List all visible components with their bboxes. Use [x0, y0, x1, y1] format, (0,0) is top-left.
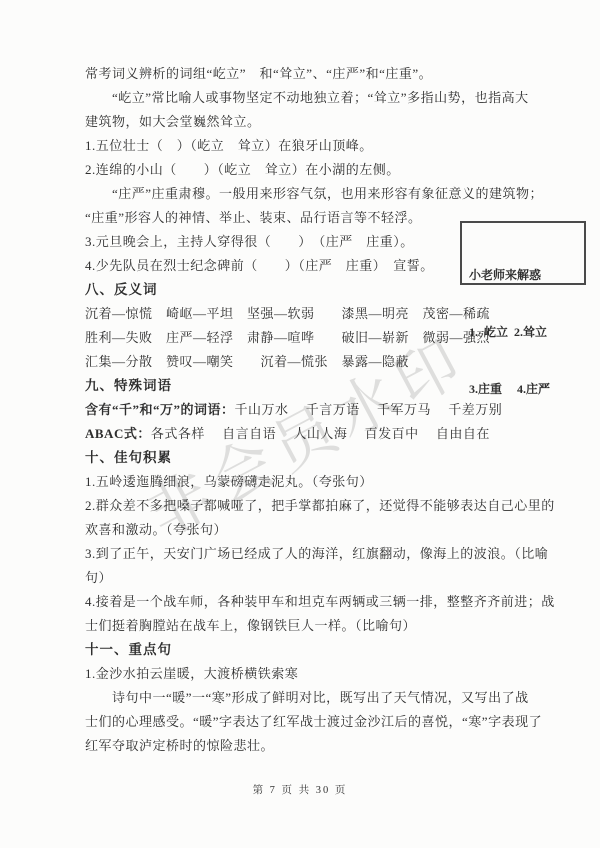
exercise-2: 2.连绵的小山（ ）（屹立 耸立）在小湖的左侧。 [85, 158, 519, 182]
sentence-4-line2: 士们挺着胸膛站在战车上，像钢铁巨人一样。（比喻句） [85, 614, 519, 638]
antonym-row-2: 胜利—失败 庄严—轻浮 肃静—喧哗 破旧—崭新 微弱—强烈 [85, 326, 519, 350]
sentence-2-line2: 欢喜和激动。（夸张句） [85, 518, 519, 542]
helper-box-answers-row2: 3.庄重 4.庄严 [469, 380, 577, 399]
helper-box-title: 小老师来解惑 [469, 266, 577, 285]
zhuangzhong-definition: “庄重”形容人的神情、举止、装束、品行语言等不轻浮。 [85, 206, 519, 230]
document-page: 非会员水印 常考词义辨析的词组“屹立” 和“耸立”、“庄严”和“庄重”。 “屹立… [0, 0, 600, 848]
section-heading-special-words: 九、特殊词语 [85, 374, 519, 398]
section-heading-sentences: 十、佳句积累 [85, 446, 519, 470]
key-analysis-line1: 诗句中一“暖”一“寒”形成了鲜明对比，既写出了天气情况，又写出了战 [85, 686, 519, 710]
qianwan-label: 含有“千”和“万”的词语： [85, 402, 235, 417]
document-body: 常考词义辨析的词组“屹立” 和“耸立”、“庄严”和“庄重”。 “屹立”常比喻人或… [85, 62, 519, 758]
qianwan-words-line: 含有“千”和“万”的词语：千山万水 千言万语 千军万马 千差万别 [85, 398, 519, 422]
abac-words-line: ABAC式：各式各样 自言自语 人山人海 百发百中 自由自在 [85, 422, 519, 446]
qianwan-words: 千山万水 千言万语 千军万马 千差万别 [235, 402, 503, 417]
yili-definition-line1: “屹立”常比喻人或事物坚定不动地独立着；“耸立”多指山势，也指高大 [85, 86, 519, 110]
antonym-row-3: 汇集—分散 赞叹—嘲笑 沉着—慌张 暴露—隐蔽 [85, 350, 519, 374]
exercise-1: 1.五位壮士（ ）（屹立 耸立）在狼牙山顶峰。 [85, 134, 519, 158]
zhuangyan-definition: “庄严”庄重肃穆。一般用来形容气氛，也用来形容有象征意义的建筑物； [85, 182, 519, 206]
sentence-3-line2: 句） [85, 566, 519, 590]
key-analysis-line3: 红军夺取泸定桥时的惊险悲壮。 [85, 734, 519, 758]
sentence-3-line1: 3.到了正午，天安门广场已经成了人的海洋，红旗翻动，像海上的波浪。（比喻 [85, 542, 519, 566]
section-heading-antonyms: 八、反义词 [85, 278, 519, 302]
exercise-4: 4.少先队员在烈士纪念碑前（ ）（庄严 庄重） 宣誓。 [85, 254, 519, 278]
intro-line: 常考词义辨析的词组“屹立” 和“耸立”、“庄严”和“庄重”。 [85, 62, 519, 86]
abac-words: 各式各样 自言自语 人山人海 百发百中 自由自在 [151, 426, 490, 441]
helper-answer-box: 小老师来解惑 1. 屹立 2.耸立 3.庄重 4.庄严 [460, 221, 586, 285]
sentence-4-line1: 4.接着是一个战车师，各种装甲车和坦克车两辆或三辆一排，整整齐齐前进；战 [85, 590, 519, 614]
section-heading-key-sentences: 十一、重点句 [85, 638, 519, 662]
key-sentence-1: 1.金沙水拍云崖暖，大渡桥横铁索寒 [85, 662, 519, 686]
yili-definition-line2: 建筑物，如大会堂巍然耸立。 [85, 110, 519, 134]
sentence-2-line1: 2.群众差不多把嗓子都喊哑了，把手掌都拍麻了，还觉得不能够表达自己心里的 [85, 494, 519, 518]
page-footer: 第 7 页 共 30 页 [0, 782, 600, 797]
exercise-3: 3.元旦晚会上，主持人穿得很（ ） （庄严 庄重）。 [85, 230, 519, 254]
antonym-row-1: 沉着—惊慌 崎岖—平坦 坚强—软弱 漆黑—明亮 茂密—稀疏 [85, 302, 519, 326]
sentence-1: 1.五岭逶迤腾细浪，乌蒙磅礴走泥丸。（夸张句） [85, 470, 519, 494]
key-analysis-line2: 士们的心理感受。“暖”字表达了红军战士渡过金沙江后的喜悦，“寒”字表现了 [85, 710, 519, 734]
abac-label: ABAC式： [85, 426, 151, 441]
helper-box-answers-row1: 1. 屹立 2.耸立 [469, 323, 577, 342]
